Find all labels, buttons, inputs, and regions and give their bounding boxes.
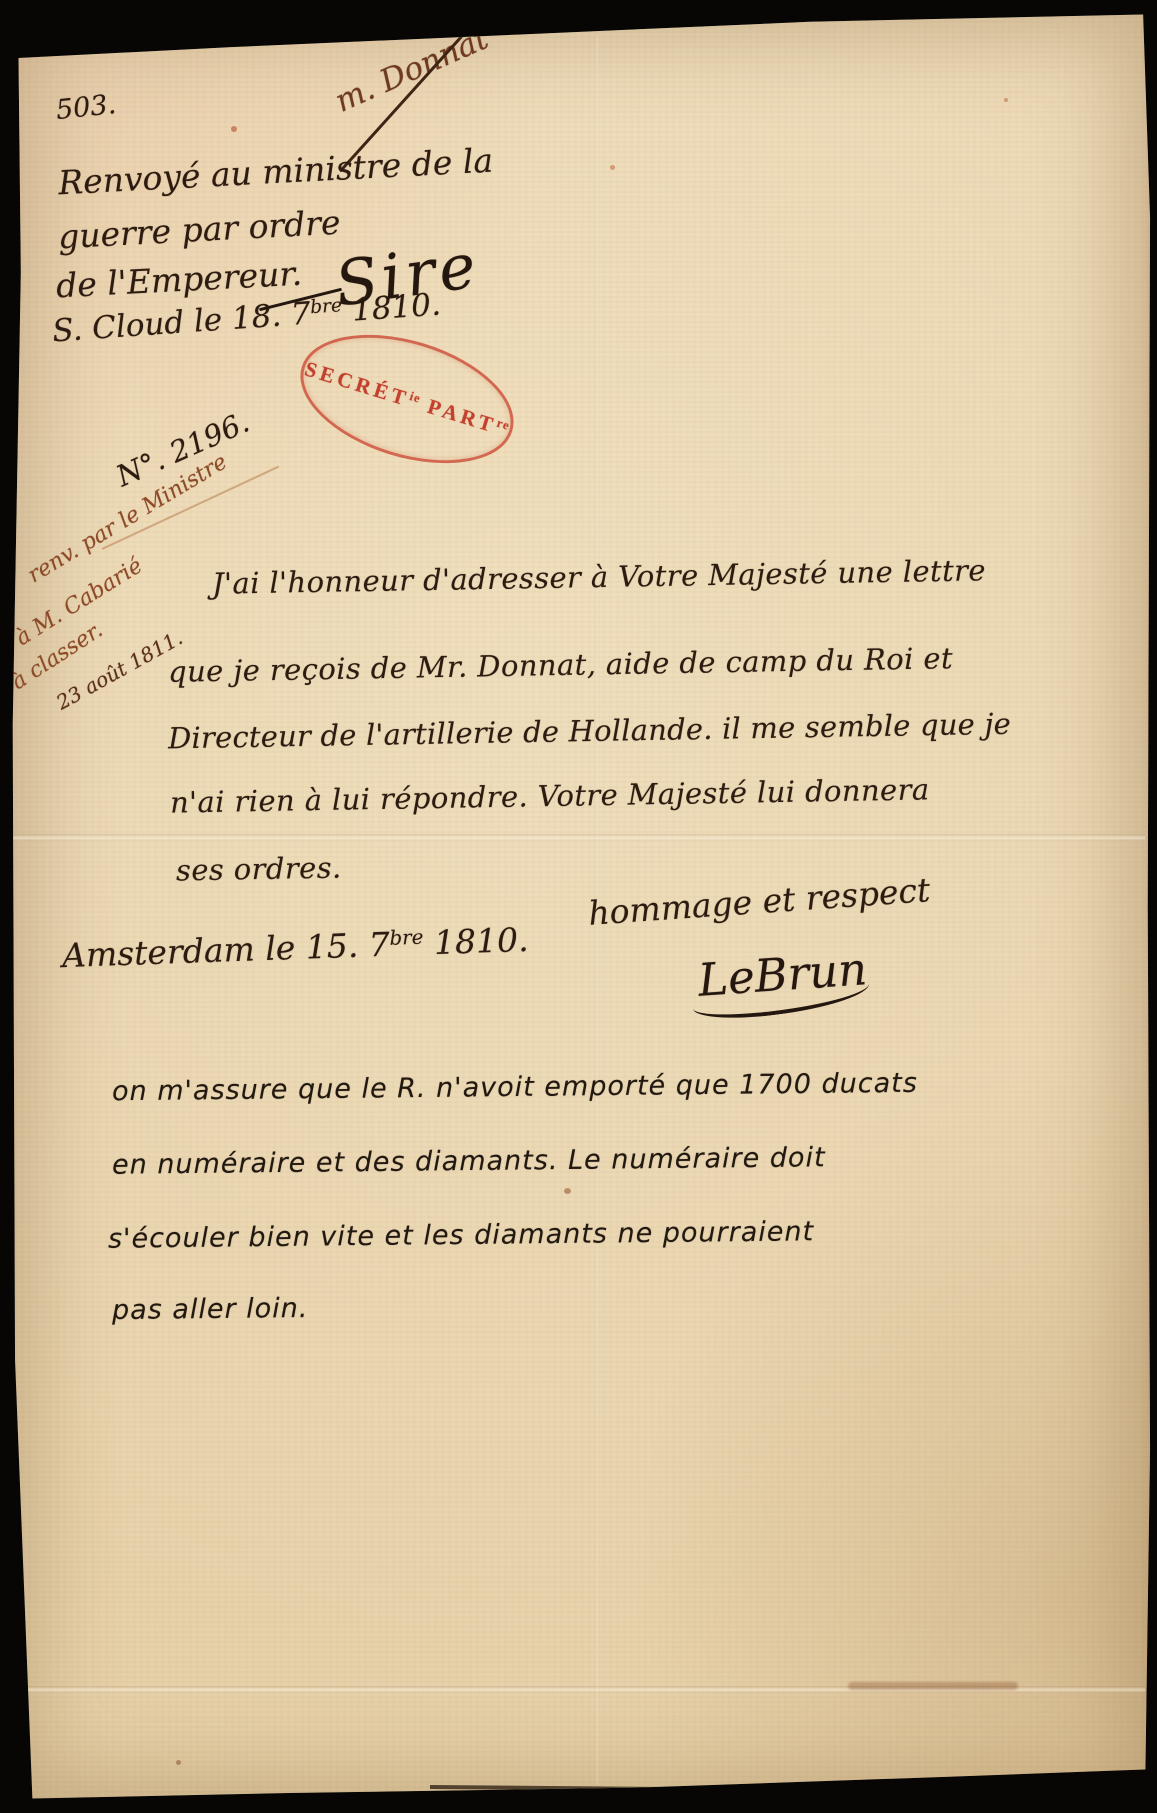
fold-crease-horizontal-2: [12, 1686, 1145, 1693]
place-and-date: Amsterdam le 15. 7bre 1810.: [61, 920, 529, 975]
second-sheet-edge: [430, 1785, 1120, 1795]
stain-speck: [564, 1188, 571, 1194]
stain-speck: [610, 165, 615, 170]
archive-folio-number: 503.: [55, 89, 118, 126]
body-line-1: J'ai l'honneur d'adresser à Votre Majest…: [212, 553, 986, 601]
scanned-letter: 503. m. Donnat Renvoyé au ministre de la…: [0, 0, 1157, 1813]
apostille-line-4: pas aller loin.: [112, 1293, 309, 1326]
place-date-text: Amsterdam le 15. 7: [61, 925, 390, 975]
body-line-3: Directeur de l'artillerie de Hollande. i…: [168, 707, 1011, 756]
place-date-superscript: bre: [389, 926, 424, 950]
stamp-text: SECRÉTie PARTre: [302, 356, 512, 442]
apostille-line-3: s'écouler bien vite et les diamants ne p…: [108, 1216, 814, 1254]
body-line-4: n'ai rien à lui répondre. Votre Majesté …: [170, 772, 930, 819]
body-line-5: ses ordres.: [176, 851, 342, 888]
apostille-line-2: en numéraire et des diamants. Le numérai…: [112, 1142, 826, 1180]
stain-speck: [1004, 98, 1008, 102]
forward-note-line-1: Renvoyé au ministre de la: [57, 141, 494, 203]
place-date-year: 1810.: [423, 920, 529, 963]
ink-blot: [215, 22, 234, 34]
forward-note-line-2: guerre par ordre: [57, 203, 341, 257]
stain-speck: [176, 1760, 181, 1765]
apostille-line-1: on m'assure que le R. n'avoit emporté qu…: [112, 1068, 918, 1107]
secretariat-red-stamp: SECRÉTie PARTre: [285, 311, 529, 486]
closing-compliment: hommage et respect: [587, 870, 931, 933]
fold-crease-horizontal-1: [12, 834, 1145, 841]
docket-addressee-name: m. Donnat: [330, 20, 494, 119]
signature: LeBrun: [696, 942, 868, 1007]
salutation: Sire: [331, 228, 484, 320]
letter-paper: 503. m. Donnat Renvoyé au ministre de la…: [0, 0, 1157, 1813]
stain-speck: [231, 126, 237, 132]
body-line-2: que je reçois de Mr. Donnat, aide de cam…: [168, 641, 954, 689]
